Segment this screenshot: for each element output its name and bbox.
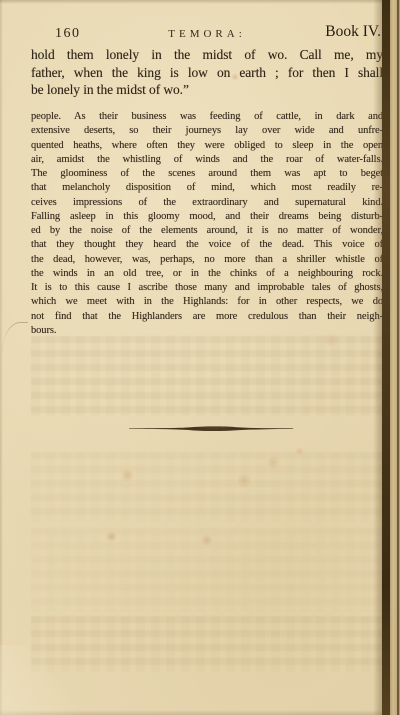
page-curl-highlight	[0, 645, 110, 715]
text-line: bours.	[31, 324, 383, 338]
text-line: that they thought they heard the voice o…	[31, 238, 383, 252]
bleedthrough-text-area	[31, 452, 383, 522]
foxing-stain	[236, 473, 252, 488]
text-line: ceives impressions of the extraordinary …	[31, 196, 383, 210]
bleedthrough-text-area	[31, 336, 383, 416]
left-edge-shade	[0, 0, 3, 715]
text-line: Falling asleep in this gloomy mood, and …	[31, 210, 383, 224]
text-line: ed by the noise of the elements around, …	[31, 224, 383, 238]
text-line: which we meet with in the Highlands: for…	[31, 295, 383, 309]
main-text-paragraph: hold them lonely in the midst of wo. Cal…	[31, 46, 383, 99]
text-line: people. As their business was feeding of…	[31, 110, 383, 124]
text-line: hold them lonely in the midst of wo. Cal…	[31, 46, 383, 64]
bleedthrough-text-area	[31, 616, 383, 672]
scanned-book-page: 160 TEMORA: Book IV. hold them lonely in…	[0, 0, 400, 715]
text-line: father, when the king is low on earth ; …	[31, 64, 383, 82]
foxing-stain	[201, 534, 213, 546]
text-line: be lonely in the midst of wo.”	[31, 81, 383, 99]
text-line: the dead, however, was, perhaps, no more…	[31, 253, 383, 267]
foxing-stain	[106, 531, 117, 542]
paper-crease	[2, 322, 28, 357]
text-line: air, amidst the whistling of winds and t…	[31, 153, 383, 167]
text-line: the winds in an old tree, or in the chin…	[31, 267, 383, 281]
next-page-edge	[390, 0, 397, 715]
text-line: It is to this cause I ascribe those many…	[31, 281, 383, 295]
bleedthrough-text-area	[31, 528, 383, 612]
gutter-shadow	[373, 0, 382, 715]
page-header: 160 TEMORA: Book IV.	[31, 23, 383, 43]
page-edge-dark-band	[382, 0, 390, 715]
foxing-stain	[295, 447, 304, 456]
text-line: not find that the Highlanders are more c…	[31, 310, 383, 324]
scan-vignette	[0, 0, 400, 715]
foxing-stain	[121, 469, 134, 482]
page-number: 160	[55, 26, 81, 42]
running-title: TEMORA:	[168, 28, 246, 40]
top-edge-shade	[0, 0, 400, 4]
text-line: that melancholy disposition of mind, whi…	[31, 181, 383, 195]
text-line: The gloominess of the scenes around them…	[31, 167, 383, 181]
bottom-edge-shade	[0, 710, 400, 715]
text-line: quented heaths, where often they were ob…	[31, 139, 383, 153]
text-line: extensive deserts, so their journeys lay…	[31, 124, 383, 138]
footnote-paragraph: people. As their business was feeding of…	[31, 110, 383, 338]
swelled-rule-ornament	[127, 420, 295, 428]
foxing-stain	[266, 456, 280, 469]
